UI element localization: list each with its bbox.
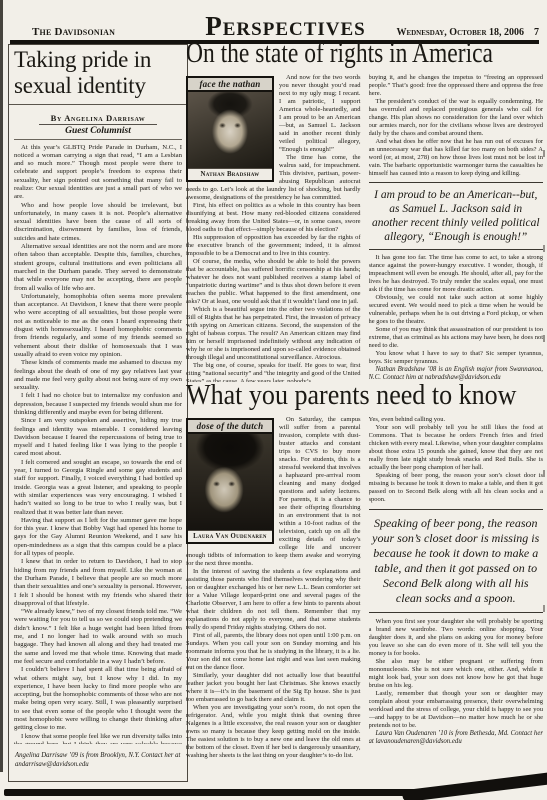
paragraph: Who and how people love should be irrele… (14, 202, 182, 243)
headline-parents: What you parents need to know (186, 382, 518, 410)
parents-col-1: dose of the dutch Laura Van Oudenaren On… (186, 416, 361, 782)
parents-col-2: Yes, even behind calling you.Your son wi… (369, 416, 544, 782)
byline-author: By Angelina Darrisaw (39, 113, 158, 125)
paragraph: Some of you may think that assassination… (369, 326, 544, 350)
paragraph: You know what I have to say to that? Sic… (369, 350, 544, 366)
rights-columns: face the nathan Nathan Bradshaw And now … (186, 74, 543, 382)
paragraph: The president’s conduct of the war is eq… (369, 98, 544, 138)
paragraph: Alternative sexual identities are not th… (14, 243, 182, 293)
paragraph: “We already knew,” two of my closest fri… (14, 608, 182, 666)
paragraph: At this year’s GLBTQ Pride Parade in Dur… (14, 144, 182, 202)
paragraph: First of all, parents, the library does … (186, 632, 361, 672)
paragraph: Yes, even behind calling you. (369, 416, 544, 424)
headline-rights: On the state of rights in America (186, 40, 486, 68)
scan-artifact-dash (543, 605, 545, 612)
column-text: buying it, and he changes the impetus to… (369, 74, 544, 178)
paragraph: First, his effect on politics as a whole… (186, 202, 361, 234)
byline-block: By Angelina Darrisaw Guest Columnist (14, 108, 182, 140)
paragraph: Lastly, remember that though your son or… (369, 690, 544, 730)
columnist-photo-nathan (188, 92, 272, 168)
paragraph: Since I am very outspoken and assertive,… (14, 417, 182, 458)
column-text: It has gone too far. The time has come t… (369, 254, 544, 366)
article-parents: What you parents need to know dose of th… (186, 382, 543, 782)
paragraph: buying it, and he changes the impetus to… (369, 74, 544, 98)
column-kicker: dose of the dutch (188, 420, 272, 434)
issue-date: Wednesday, October 18, 2006 (396, 27, 524, 38)
rights-col-1: face the nathan Nathan Bradshaw And now … (186, 74, 361, 382)
scan-artifact-bottom-bar (4, 789, 428, 796)
paragraph: Of course, the media, who should be able… (186, 258, 361, 306)
paragraph: Having that support as I left for the su… (14, 517, 182, 558)
section-title: Perspectives (205, 15, 365, 38)
newspaper-page: { "masthead": { "paper": "The Davidsonia… (0, 0, 547, 800)
paragraph: Speaking of beer pong, the reason your s… (369, 472, 544, 504)
paragraph: In the interest of saving the students a… (186, 568, 361, 632)
paragraph: When you first see your daughter she wil… (369, 618, 544, 658)
column-text: When you first see your daughter she wil… (369, 618, 544, 730)
article-taking-pride: Taking pride in sexual identity By Angel… (8, 44, 188, 782)
paragraph: Similarly, your daughter did not actuall… (186, 672, 361, 704)
photo-caption: Nathan Bradshaw (188, 168, 272, 180)
article-body: At this year’s GLBTQ Pride Parade in Dur… (14, 144, 182, 744)
main-area: On the state of rights in America face t… (186, 40, 543, 782)
paragraph: Obviously, we could not take such action… (369, 294, 544, 326)
scan-artifact-dash (543, 470, 545, 477)
column-kicker: face the nathan (188, 78, 272, 92)
paragraph: Unfortunately, homophobia often seems mo… (14, 293, 182, 359)
author-credit: Laura Van Oudenaren ’10 is from Bethesda… (369, 730, 544, 747)
paragraph: When you are investigating your son’s ro… (186, 704, 361, 760)
headline-line-2: sexual identity (14, 73, 146, 98)
paragraph: I know that some people feel like we run… (14, 733, 182, 744)
article-rights: On the state of rights in America face t… (186, 40, 543, 382)
pull-quote: Speaking of beer pong, the reason your s… (369, 509, 544, 613)
columnist-box-nathan: face the nathan Nathan Bradshaw (186, 76, 274, 182)
rights-col-2: buying it, and he changes the impetus to… (369, 74, 544, 382)
paragraph: These kinds of comments made me ashamed … (14, 359, 182, 392)
columnist-photo-laura (188, 434, 272, 530)
paragraph: Your son will probably tell you he still… (369, 424, 544, 472)
page-number: 7 (534, 27, 539, 38)
scan-artifact-dash (543, 335, 545, 342)
columnist-box-laura: dose of the dutch Laura Van Oudenaren (186, 418, 274, 544)
paragraph: I felt I had no choice but to internaliz… (14, 392, 182, 417)
pull-quote: I am proud to be an American--but, as Sa… (369, 182, 544, 250)
paragraph: His suppression of opposition has exceed… (186, 234, 361, 258)
paragraph: Which is a beautiful segue into the othe… (186, 306, 361, 362)
author-credit: Angelina Darrisaw ’09 is from Brooklyn, … (15, 752, 181, 769)
paper-name: The Davidsonian (10, 26, 205, 38)
paragraph: She also may be either pregnant or suffe… (369, 658, 544, 690)
parents-columns: dose of the dutch Laura Van Oudenaren On… (186, 416, 543, 782)
date-line: Wednesday, October 18, 20067 (366, 27, 539, 38)
paragraph: I felt cornered and sought an escape, so… (14, 459, 182, 517)
paragraph: I couldn’t believe I had spent all that … (14, 666, 182, 732)
column-text: Yes, even behind calling you.Your son wi… (369, 416, 544, 504)
paragraph: I knew that in order to return to Davids… (14, 558, 182, 608)
headline-taking-pride: Taking pride in sexual identity (9, 45, 187, 105)
scan-artifact-dash (543, 150, 545, 157)
paragraph: And what does he offer now that he has r… (369, 138, 544, 178)
byline-role: Guest Columnist (14, 126, 182, 136)
headline-line-1: Taking pride in (14, 47, 151, 72)
paragraph: It has gone too far. The time has come t… (369, 254, 544, 294)
scan-artifact-left-edge (0, 0, 3, 772)
paragraph: The big one, of course, speaks for itsel… (186, 362, 361, 382)
photo-caption: Laura Van Oudenaren (188, 530, 272, 542)
scan-artifact-dash (543, 245, 545, 252)
